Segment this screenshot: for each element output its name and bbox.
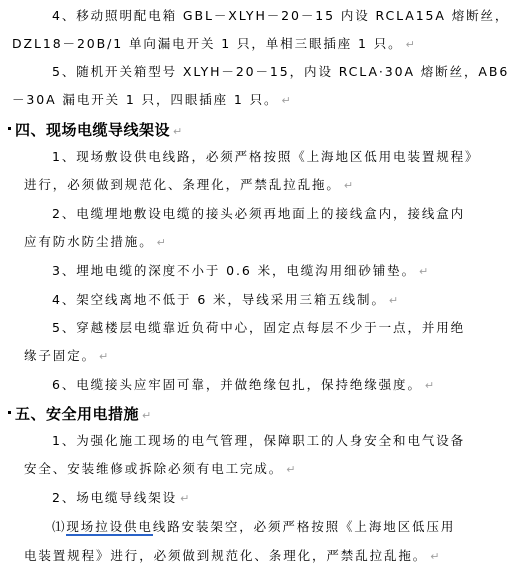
paragraph-mark-icon: ↵: [425, 379, 436, 392]
text-line: 应有防水防尘措施。↵: [24, 234, 168, 251]
paragraph-mark-icon: ↵: [157, 236, 168, 249]
text-line: 5、穿越楼层电缆靠近负荷中心，固定点每层不少于一点，并用绝: [52, 320, 465, 336]
text-line: 安全、安装维修或拆除必须有电工完成。↵: [24, 461, 297, 478]
paragraph-mark-icon: ↵: [142, 409, 152, 422]
paragraph-mark-icon: ↵: [281, 94, 292, 107]
text-line: DZL18－20B/1 单向漏电开关 1 只，单相三眼插座 1 只。↵: [12, 36, 417, 53]
text-line: 2、电缆埋地敷设电缆的接头必须再地面上的接线盒内，接线盒内: [52, 206, 465, 222]
text-line: 缘子固定。↵: [24, 348, 110, 365]
text-line: 5、随机开关箱型号 XLYH－20－15，内设 RCLA·30A 熔断丝，AB6…: [52, 64, 510, 80]
text-line: 4、移动照明配电箱 GBL－XLYH－20－15 内设 RCLA15A 熔断丝，: [52, 8, 509, 24]
text-line: 进行，必须做到规范化、条理化，严禁乱拉乱拖。↵: [24, 177, 355, 194]
section-heading: 四、现场电缆导线架设↵: [8, 121, 183, 141]
text-line: 3、埋地电缆的深度不小于 0.6 米，电缆沟用细砂铺垫。↵: [52, 263, 430, 280]
text-line: 1、为强化施工现场的电气管理，保障职工的人身安全和电气设备: [52, 433, 465, 449]
paragraph-mark-icon: ↵: [389, 294, 400, 307]
paragraph-mark-icon: ↵: [419, 265, 430, 278]
paragraph-mark-icon: ↵: [180, 492, 191, 505]
text-line: 1、现场敷设供电线路，必须严格按照《上海地区低用电装置规程》: [52, 149, 479, 165]
paragraph-mark-icon: ↵: [99, 350, 110, 363]
underlined-text: 现场拉设供电: [66, 519, 152, 536]
text-line: 4、架空线离地不低于 6 米，导线采用三箱五线制。↵: [52, 292, 400, 309]
paragraph-mark-icon: ↵: [344, 179, 355, 192]
paragraph-mark-icon: ↵: [430, 550, 441, 563]
paragraph-mark-icon: ↵: [406, 38, 417, 51]
text-line: 2、场电缆导线架设↵: [52, 490, 191, 507]
paragraph-mark-icon: ↵: [286, 463, 297, 476]
bullet-icon: [8, 411, 11, 414]
paragraph-mark-icon: ↵: [173, 125, 183, 138]
document-page: 4、移动照明配电箱 GBL－XLYH－20－15 内设 RCLA15A 熔断丝，…: [0, 0, 510, 574]
text-line: －30A 漏电开关 1 只，四眼插座 1 只。↵: [12, 92, 293, 109]
bullet-icon: [8, 127, 11, 130]
text-line: 电装置规程》进行，必须做到规范化、条理化，严禁乱拉乱拖。↵: [24, 548, 441, 565]
section-heading: 五、安全用电措施↵: [8, 405, 152, 425]
text-line: 6、电缆接头应牢固可靠，并做绝缘包扎，保持绝缘强度。↵: [52, 377, 436, 394]
text-line: ⑴现场拉设供电线路安装架空，必须严格按照《上海地区低压用: [52, 519, 455, 535]
